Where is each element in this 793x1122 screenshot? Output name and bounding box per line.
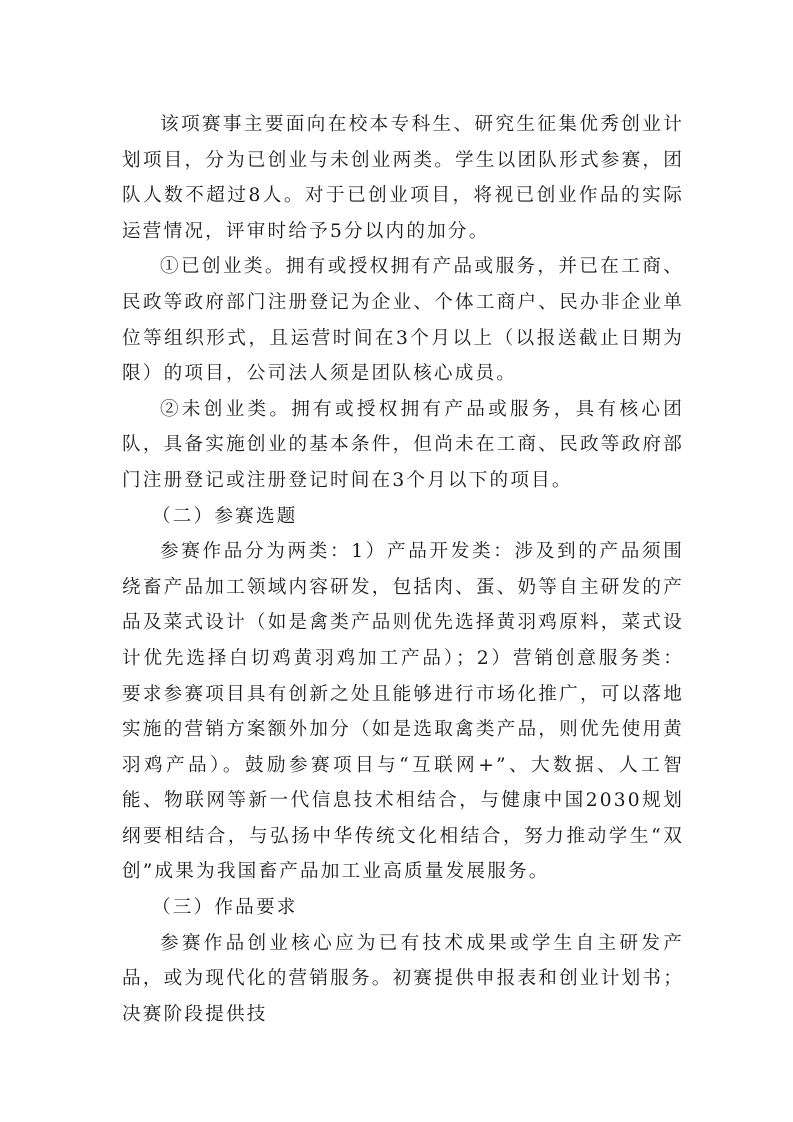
document-page: 该项赛事主要面向在校本专科生、研究生征集优秀创业计划项目，分为已创业与未创业两类…: [122, 107, 684, 1032]
section-heading-requirements: （三）作品要求: [122, 890, 684, 926]
section-heading-topics: （二）参赛选题: [122, 499, 684, 535]
paragraph-unstarted-category: ②未创业类。拥有或授权拥有产品或服务，具有核心团队，具备实施创业的基本条件，但尚…: [122, 392, 684, 499]
paragraph-started-category: ①已创业类。拥有或授权拥有产品或服务，并已在工商、民政等政府部门注册登记为企业、…: [122, 249, 684, 391]
paragraph-topics: 参赛作品分为两类：1）产品开发类：涉及到的产品须围绕畜产品加工领域内容研发，包括…: [122, 534, 684, 890]
paragraph-overview: 该项赛事主要面向在校本专科生、研究生征集优秀创业计划项目，分为已创业与未创业两类…: [122, 107, 684, 249]
paragraph-requirements: 参赛作品创业核心应为已有技术成果或学生自主研发产品，或为现代化的营销服务。初赛提…: [122, 926, 684, 1033]
